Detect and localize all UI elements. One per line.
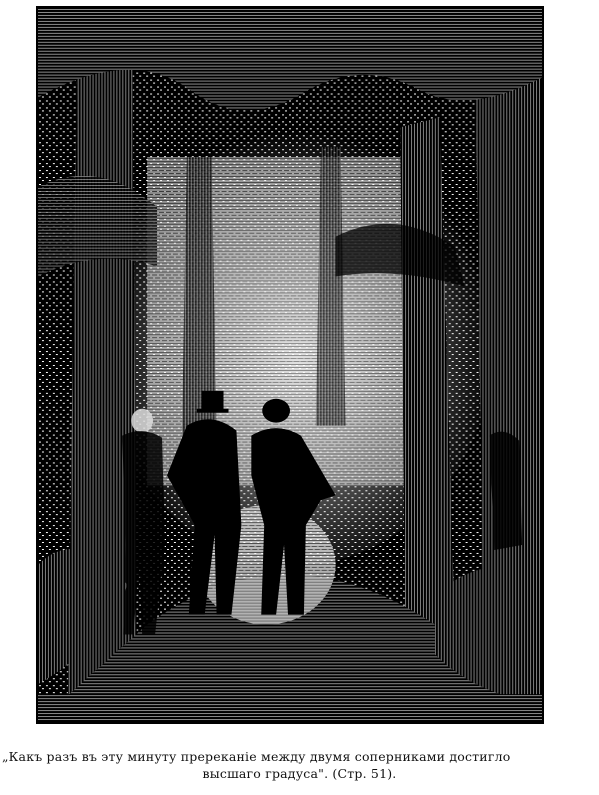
caption-line-1: „Какъ разъ въ эту минуту пререканіе межд… (0, 748, 599, 765)
caption-line-2: высшаго градуса". (Стр. 51). (0, 765, 599, 782)
figure-onlooker-left (122, 409, 165, 635)
engraving-illustration (36, 6, 544, 724)
illustration-caption: „Какъ разъ въ эту минуту пререканіе межд… (0, 748, 599, 782)
forest-scene (38, 8, 542, 722)
figure-onlooker-right (489, 432, 522, 550)
